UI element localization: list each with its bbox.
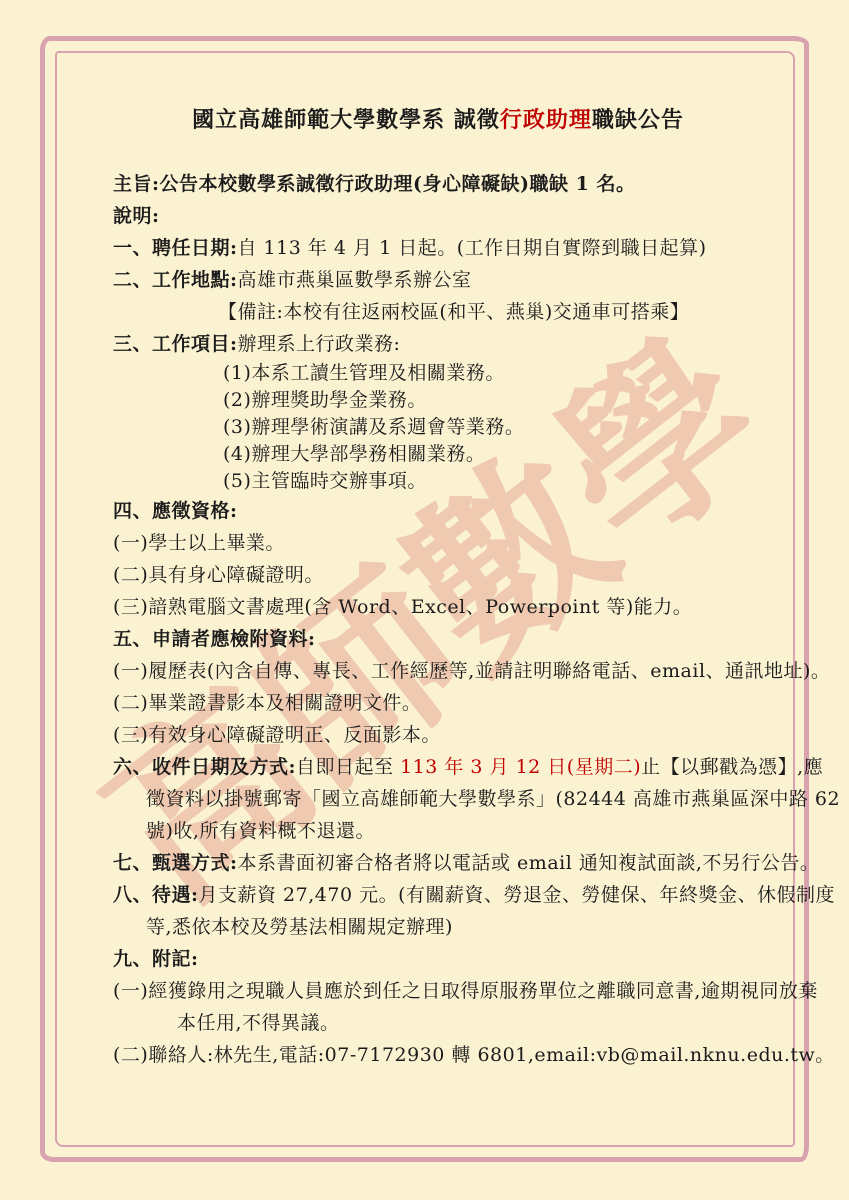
body-text: (二)聯絡人:林先生,電話:07-7172930 轉 6801,email:vb… [113,1044,835,1066]
body-text: (二)畢業證書影本及相關證明文件。 [113,692,421,714]
item-5-doc-1: (一)履歷表(內含自傳、專長、工作經歷等,並請註明聯絡電話、email、通訊地址… [113,655,763,687]
item-5-doc-2: (二)畢業證書影本及相關證明文件。 [113,687,763,719]
item-4-qualifications: 四、應徵資格: [113,495,763,527]
page-title: 國立高雄師範大學數學系 誠徵行政助理職缺公告 [113,104,763,136]
body-text: 高雄市燕巢區數學系辦公室 [238,269,472,291]
explanation-label: 說明: [113,200,763,232]
label-bold-text: 五、申請者應檢附資料: [113,628,316,650]
label-bold-text: 三、工作項目: [113,333,238,355]
label-bold-text: 七、甄選方式: [113,852,238,874]
body-text: (一)學士以上畢業。 [113,532,285,554]
item-9-remarks: 九、附記: [113,943,763,975]
body-text: (一)履歷表(內含自傳、專長、工作經歷等,並請註明聯絡電話、email、通訊地址… [113,660,830,682]
item-2-note: 【備註:本校有往返兩校區(和平、燕巢)交通車可搭乘】 [113,296,763,328]
item-3-duty-1: (1)本系工讀生管理及相關業務。 [113,360,763,387]
body-text: 本任用,不得異議。 [177,1012,340,1034]
item-9-remark-1: (一)經獲錄用之現職人員應於到任之日取得原服務單位之離職同意書,逾期視同放棄 [113,975,763,1007]
item-8-salary-cont: 等,悉依本校及勞基法相關規定辦理) [113,911,763,943]
body-text: (2)辦理獎助學金業務。 [223,389,427,411]
announcement-document: { "page": { "background_color": "#fbf2d2… [0,0,849,1200]
label-bold-text: 四、應徵資格: [113,500,238,522]
body-text: (二)具有身心障礙證明。 [113,564,324,586]
item-3-duties: 三、工作項目:辦理系上行政業務: [113,328,763,360]
body-text: (1)本系工讀生管理及相關業務。 [223,362,505,384]
body-text: 等,悉依本校及勞基法相關規定辦理) [146,916,453,938]
label-bold-text: 說明: [113,205,160,227]
label-bold-text: 八、待遇: [113,884,199,906]
item-3-duty-2: (2)辦理獎助學金業務。 [113,387,763,414]
item-3-duty-3: (3)辦理學術演講及系週會等業務。 [113,414,763,441]
document-body: 主旨:公告本校數學系誠徵行政助理(身心障礙缺)職缺 1 名。說明:一、聘任日期:… [113,168,763,1071]
item-3-duty-5: (5)主管臨時交辦事項。 [113,468,763,495]
highlight-red-text: 行政助理 [500,107,592,133]
body-text: 職缺公告 [592,107,684,133]
body-text: (一)經獲錄用之現職人員應於到任之日取得原服務單位之離職同意書,逾期視同放棄 [113,980,818,1002]
document-content: 國立高雄師範大學數學系 誠徵行政助理職缺公告 主旨:公告本校數學系誠徵行政助理(… [113,104,763,1071]
body-text: (三)諳熟電腦文書處理(含 Word、Excel、Powerpoint 等)能力… [113,596,692,618]
item-3-duty-4: (4)辦理大學部學務相關業務。 [113,441,763,468]
highlight-red-text: 113 年 3 月 12 日(星期二) [400,756,641,778]
item-7-selection: 七、甄選方式:本系書面初審合格者將以電話或 email 通知複試面談,不另行公告… [113,847,763,879]
item-5-doc-3: (三)有效身心障礙證明正、反面影本。 [113,719,763,751]
item-5-documents: 五、申請者應檢附資料: [113,623,763,655]
body-text: 本系書面初審合格者將以電話或 email 通知複試面談,不另行公告。 [238,852,820,874]
item-6-deadline-cont-2: 號)收,所有資料概不退還。 [113,815,763,847]
subject-line: 主旨:公告本校數學系誠徵行政助理(身心障礙缺)職缺 1 名。 [113,168,763,200]
item-4-qual-3: (三)諳熟電腦文書處理(含 Word、Excel、Powerpoint 等)能力… [113,591,763,623]
body-text: (3)辦理學術演講及系週會等業務。 [223,416,524,438]
body-text: 自 113 年 4 月 1 日起。(工作日期自實際到職日起算) [238,237,707,259]
item-9-remark-2: (二)聯絡人:林先生,電話:07-7172930 轉 6801,email:vb… [113,1039,763,1071]
body-text: 月支薪資 27,470 元。(有關薪資、勞退金、勞健保、年終獎金、休假制度 [199,884,835,906]
item-4-qual-1: (一)學士以上畢業。 [113,527,763,559]
label-bold-text: 主旨:公告本校數學系誠徵行政助理(身心障礙缺)職缺 1 名。 [113,173,635,195]
body-text: 號)收,所有資料概不退還。 [146,820,375,842]
body-text: 【備註:本校有往返兩校區(和平、燕巢)交通車可搭乘】 [218,301,689,323]
item-9-remark-1-cont: 本任用,不得異議。 [113,1007,763,1039]
body-text: (三)有效身心障礙證明正、反面影本。 [113,724,441,746]
label-bold-text: 二、工作地點: [113,269,238,291]
label-bold-text: 六、收件日期及方式: [113,756,296,778]
item-2-location: 二、工作地點:高雄市燕巢區數學系辦公室 [113,264,763,296]
body-text: 自即日起至 [296,756,400,778]
body-text: (5)主管臨時交辦事項。 [223,470,427,492]
label-bold-text: 九、附記: [113,948,199,970]
body-text: 國立高雄師範大學數學系 誠徵 [192,107,500,133]
body-text: (4)辦理大學部學務相關業務。 [223,443,485,465]
item-8-salary: 八、待遇:月支薪資 27,470 元。(有關薪資、勞退金、勞健保、年終獎金、休假… [113,879,763,911]
label-bold-text: 一、聘任日期: [113,237,238,259]
body-text: 辦理系上行政業務: [238,333,401,355]
item-6-deadline: 六、收件日期及方式:自即日起至 113 年 3 月 12 日(星期二)止【以郵戳… [113,751,763,783]
body-text: 止【以郵戳為憑】,應 [641,756,823,778]
item-4-qual-2: (二)具有身心障礙證明。 [113,559,763,591]
body-text: 徵資料以掛號郵寄「國立高雄師範大學數學系」(82444 高雄市燕巢區深中路 62 [146,788,840,810]
item-1-hire-date: 一、聘任日期:自 113 年 4 月 1 日起。(工作日期自實際到職日起算) [113,232,763,264]
item-6-deadline-cont-1: 徵資料以掛號郵寄「國立高雄師範大學數學系」(82444 高雄市燕巢區深中路 62 [113,783,763,815]
